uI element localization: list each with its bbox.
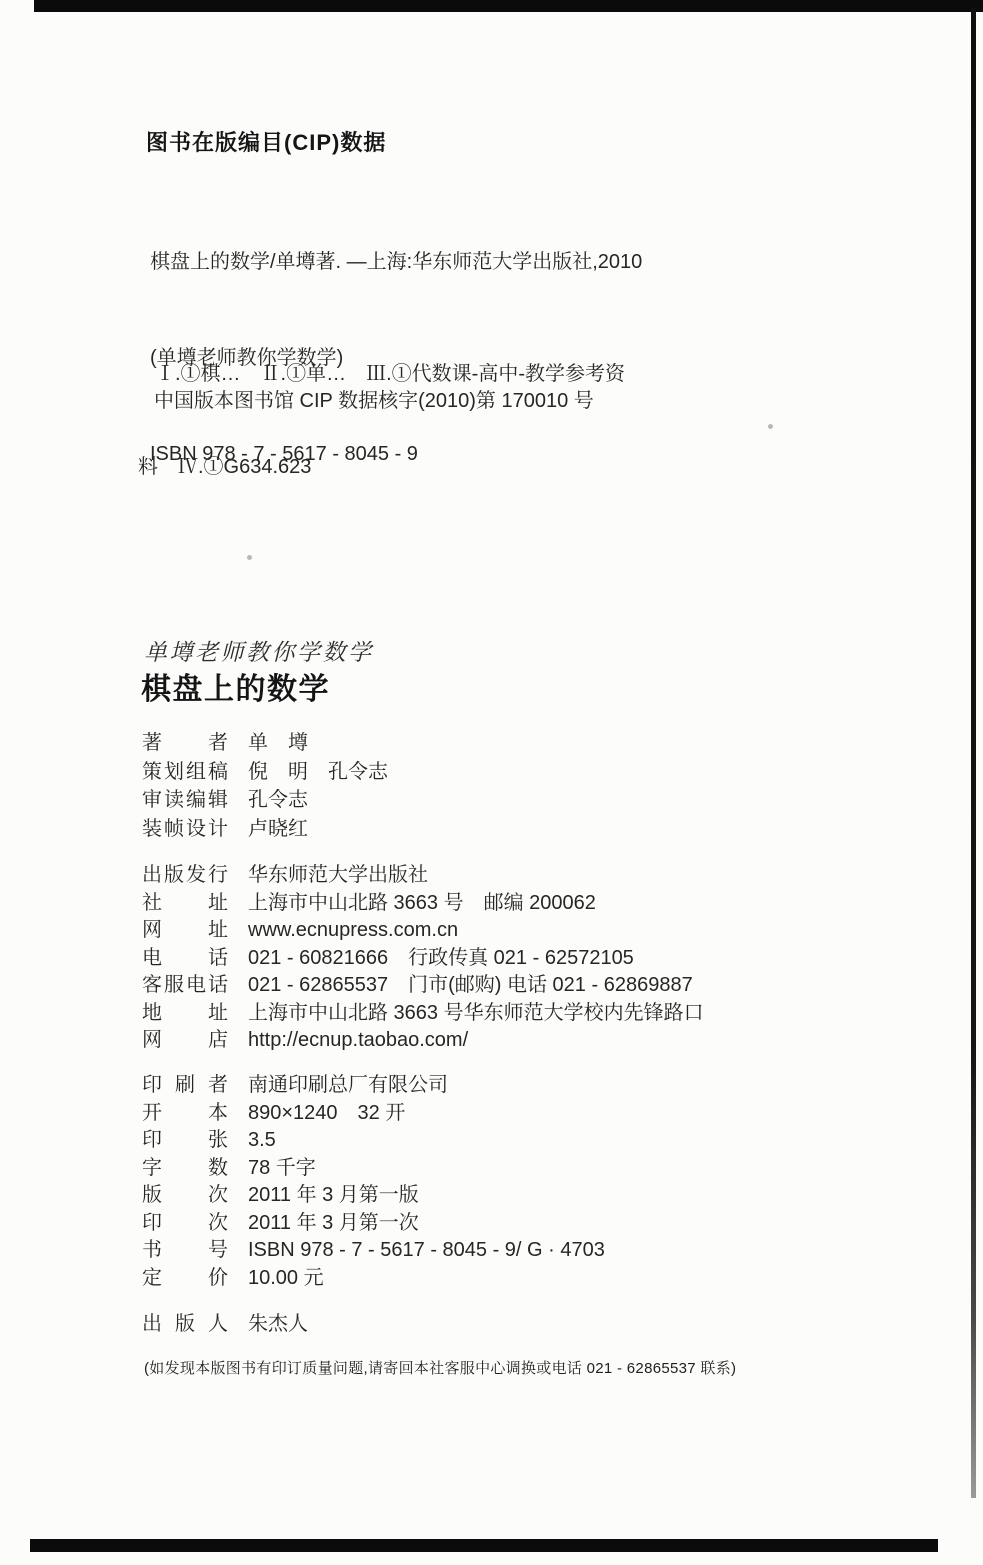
- cip-class-line2: 料 Ⅳ.①G634.623: [138, 452, 625, 483]
- publisher-row-online-store: 网店 http://ecnup.taobao.com/: [142, 1023, 704, 1051]
- publisher-label: 社址: [142, 886, 228, 915]
- publisher-value: 021 - 62865537 门市(邮购) 电话 021 - 62869887: [248, 968, 693, 997]
- scan-bar-right: [971, 8, 976, 1498]
- publisher-value: 021 - 60821666 行政传真 021 - 62572105: [248, 941, 634, 970]
- publisher-value: 上海市中山北路 3663 号 邮编 200062: [248, 886, 596, 915]
- printing-row-book-number: 书号 ISBN 978 - 7 - 5617 - 8045 - 9/ G · 4…: [142, 1233, 605, 1261]
- publisher-row-publisher: 出版发行 华东师范大学出版社: [142, 858, 704, 886]
- credit-row-author: 著者 单 墫: [142, 726, 388, 755]
- printing-block: 印刷者 南通印刷总厂有限公司 开本 890×1240 32 开 印张 3.5 字…: [142, 1068, 605, 1288]
- publisher-label: 网店: [142, 1023, 228, 1052]
- printing-row-printer: 印刷者 南通印刷总厂有限公司: [142, 1068, 605, 1096]
- credit-row-planning: 策划组稿 倪 明 孔令志: [142, 755, 388, 784]
- printing-value: 3.5: [248, 1129, 276, 1152]
- cip-biblio-line1: 棋盘上的数学/单墫著. —上海:华东师范大学出版社,2010: [150, 246, 642, 278]
- printing-label: 字数: [142, 1151, 228, 1180]
- credit-value: 孔令志: [248, 783, 308, 812]
- printing-value: 2011 年 3 月第一次: [248, 1206, 419, 1235]
- credit-row-review-editor: 审读编辑 孔令志: [142, 783, 388, 812]
- publisher-row-phone: 电话 021 - 60821666 行政传真 021 - 62572105: [142, 941, 704, 969]
- publisher-person-value: 朱杰人: [248, 1307, 308, 1336]
- scan-bar-bottom: [30, 1539, 938, 1552]
- printing-value: 10.00 元: [248, 1261, 324, 1290]
- book-title: 棋盘上的数学: [141, 664, 330, 708]
- credit-value: 卢晓红: [248, 812, 308, 841]
- printing-value: 南通印刷总厂有限公司: [248, 1068, 448, 1097]
- publisher-block: 出版发行 华东师范大学出版社 社址 上海市中山北路 3663 号 邮编 2000…: [142, 858, 704, 1051]
- publisher-row-website: 网址 www.ecnupress.com.cn: [142, 913, 704, 941]
- publisher-label: 出版发行: [142, 858, 228, 887]
- copyright-page: 图书在版编目(CIP)数据 棋盘上的数学/单墫著. —上海:华东师范大学出版社,…: [0, 0, 983, 1565]
- scan-speck: [247, 555, 252, 560]
- cip-classification: Ⅰ.①棋… Ⅱ.①单… Ⅲ.①代数课-高中-教学参考资 料 Ⅳ.①G634.62…: [138, 297, 625, 545]
- publisher-label: 网址: [142, 913, 228, 942]
- printing-label: 定价: [142, 1261, 228, 1290]
- printing-value: 890×1240 32 开: [248, 1096, 405, 1125]
- credit-label: 著者: [142, 726, 228, 755]
- printing-row-sheets: 印张 3.5: [142, 1123, 605, 1151]
- publisher-person-label: 出版人: [142, 1307, 228, 1336]
- credit-value: 倪 明 孔令志: [248, 755, 388, 784]
- series-name: 单墫老师教你学数学: [144, 634, 374, 667]
- credit-row-design: 装帧设计 卢晓红: [142, 812, 388, 841]
- printing-label: 版次: [142, 1178, 228, 1207]
- cip-heading: 图书在版编目(CIP)数据: [146, 126, 386, 157]
- printing-label: 印刷者: [142, 1068, 228, 1097]
- printing-row-format: 开本 890×1240 32 开: [142, 1096, 605, 1124]
- printing-row-word-count: 字数 78 千字: [142, 1151, 605, 1179]
- printing-value: 2011 年 3 月第一版: [248, 1178, 419, 1207]
- publisher-row-service-phone: 客服电话 021 - 62865537 门市(邮购) 电话 021 - 6286…: [142, 968, 704, 996]
- publisher-value: 华东师范大学出版社: [248, 858, 428, 887]
- printing-label: 开本: [142, 1096, 228, 1125]
- printing-row-impression: 印次 2011 年 3 月第一次: [142, 1206, 605, 1234]
- cip-record-number: 中国版本图书馆 CIP 数据核字(2010)第 170010 号: [154, 384, 594, 413]
- printing-label: 印张: [142, 1123, 228, 1152]
- credit-value: 单 墫: [248, 726, 308, 755]
- publisher-label: 地址: [142, 996, 228, 1025]
- printing-row-price: 定价 10.00 元: [142, 1261, 605, 1289]
- credits-block: 著者 单 墫 策划组稿 倪 明 孔令志 审读编辑 孔令志 装帧设计 卢晓红: [142, 726, 388, 840]
- publisher-label: 电话: [142, 941, 228, 970]
- publisher-person-row: 出版人 朱杰人: [142, 1307, 308, 1336]
- printing-value: 78 千字: [248, 1151, 316, 1180]
- credit-label: 装帧设计: [142, 812, 228, 841]
- credit-label: 审读编辑: [142, 783, 228, 812]
- printing-label: 书号: [142, 1233, 228, 1262]
- printing-label: 印次: [142, 1206, 228, 1235]
- quality-footnote: (如发现本版图书有印订质量问题,请寄回本社客服中心调换或电话 021 - 628…: [144, 1357, 736, 1378]
- printing-row-edition: 版次 2011 年 3 月第一版: [142, 1178, 605, 1206]
- printing-value: ISBN 978 - 7 - 5617 - 8045 - 9/ G · 4703: [248, 1239, 605, 1262]
- publisher-value: www.ecnupress.com.cn: [248, 919, 458, 942]
- publisher-value: http://ecnup.taobao.com/: [248, 1029, 468, 1052]
- credit-label: 策划组稿: [142, 755, 228, 784]
- publisher-row-street-address: 地址 上海市中山北路 3663 号华东师范大学校内先锋路口: [142, 996, 704, 1024]
- scan-speck: [768, 424, 773, 429]
- publisher-value: 上海市中山北路 3663 号华东师范大学校内先锋路口: [248, 996, 704, 1025]
- publisher-row-address: 社址 上海市中山北路 3663 号 邮编 200062: [142, 886, 704, 914]
- publisher-person-block: 出版人 朱杰人: [142, 1307, 308, 1336]
- publisher-label: 客服电话: [142, 968, 228, 997]
- scan-bar-top: [34, 0, 983, 12]
